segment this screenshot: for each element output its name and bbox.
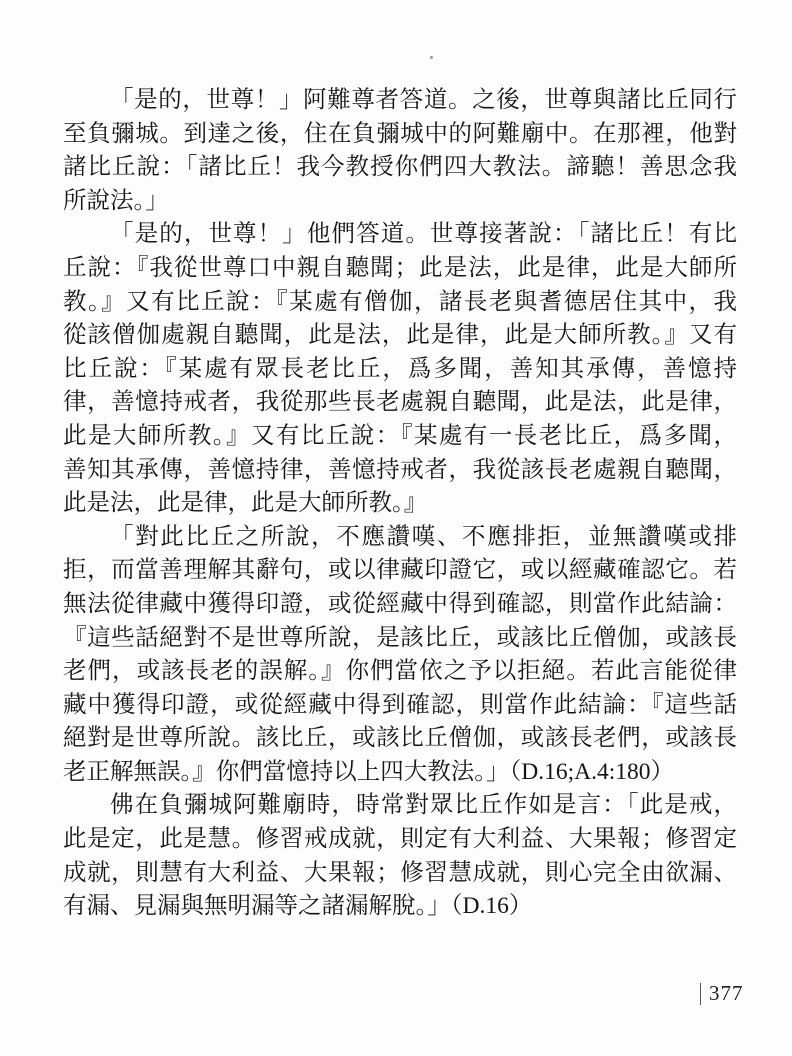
text-line: 丘說：『我從世尊口中親自聽聞；此是法，此是律，此是大師所 (63, 252, 737, 286)
text-line: 比丘說：『某處有眾長老比丘，爲多聞，善知其承傳，善憶持 (63, 353, 737, 387)
text-line: 教。』又有比丘說：『某處有僧伽，諸長老與耆德居住其中，我 (63, 286, 737, 320)
text-line: 老們，或該長老的誤解。』你們當依之予以拒絕。若此言能從律 (63, 655, 737, 689)
text-line: 絕對是世尊所說。該比丘，或該比丘僧伽，或該長老們，或該長 (63, 722, 737, 756)
book-page: 「是的，世尊！」阿難尊者答道。之後，世尊與諸比丘同行至負彌城。到達之後，住在負彌… (0, 0, 792, 1056)
text-line: 拒，而當善理解其辭句，或以律藏印證它，或以經藏確認它。若 (63, 554, 737, 588)
page-footer: 377 (700, 981, 744, 1006)
text-line: 此是定，此是慧。修習戒成就，則定有大利益、大果報；修習定 (63, 823, 737, 857)
page-number-divider (700, 983, 701, 1005)
scan-artifact-dot (430, 56, 433, 59)
text-line: 所說法。」 (63, 185, 737, 219)
text-line: 從該僧伽處親自聽聞，此是法，此是律，此是大師所教。』又有 (63, 319, 737, 353)
text-line: 「是的，世尊！」他們答道。世尊接著說：「諸比丘！有比 (63, 218, 737, 252)
text-line: 藏中獲得印證，或從經藏中得到確認，則當作此結論：『這些話 (63, 689, 737, 723)
text-line: 此是大師所教。』又有比丘說：『某處有一長老比丘，爲多聞， (63, 420, 737, 454)
text-line: 『這些話絕對不是世尊所說，是該比丘，或該比丘僧伽，或該長 (63, 622, 737, 656)
text-line: 此是法，此是律，此是大師所教。』 (63, 487, 737, 521)
text-line: 無法從律藏中獲得印證，或從經藏中得到確認，則當作此結論： (63, 588, 737, 622)
text-line: 「對此比丘之所說，不應讚嘆、不應排拒，並無讚嘆或排 (63, 521, 737, 555)
text-line: 善知其承傳，善憶持律，善憶持戒者，我從該長老處親自聽聞， (63, 454, 737, 488)
text-block: 「是的，世尊！」阿難尊者答道。之後，世尊與諸比丘同行至負彌城。到達之後，住在負彌… (63, 84, 737, 924)
text-line: 諸比丘說：「諸比丘！我今教授你們四大教法。諦聽！善思念我 (63, 151, 737, 185)
page-number: 377 (709, 981, 744, 1006)
text-line: 有漏、見漏與無明漏等之諸漏解脫。」（D.16） (63, 890, 737, 924)
text-line: 成就，則慧有大利益、大果報；修習慧成就，則心完全由欲漏、 (63, 857, 737, 891)
text-line: 律，善憶持戒者，我從那些長老處親自聽聞，此是法，此是律， (63, 386, 737, 420)
text-line: 「是的，世尊！」阿難尊者答道。之後，世尊與諸比丘同行 (63, 84, 737, 118)
text-line: 至負彌城。到達之後，住在負彌城中的阿難廟中。在那裡，他對 (63, 118, 737, 152)
text-line: 老正解無誤。』你們當憶持以上四大教法。」（D.16;A.4:180） (63, 756, 737, 790)
text-line: 佛在負彌城阿難廟時，時常對眾比丘作如是言：「此是戒， (63, 789, 737, 823)
